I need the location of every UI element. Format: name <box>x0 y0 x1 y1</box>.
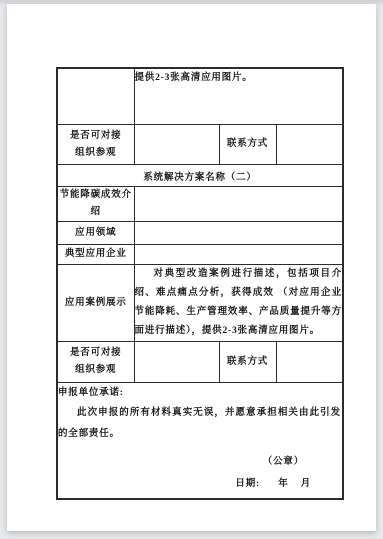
empty-label-cell <box>57 68 134 125</box>
contact-label: 联系方式 <box>219 342 276 383</box>
visit-label: 是否可对接 组织参观 <box>57 125 134 165</box>
visit-label-line1: 是否可对接 <box>58 345 134 362</box>
commitment-cell: 申报单位承诺: 此次申报的所有材料真实无误，并愿意承担相关由此引发的全部责任。 … <box>57 383 343 500</box>
visit-value-cell[interactable] <box>134 125 219 165</box>
contact-label: 联系方式 <box>219 125 276 165</box>
date-label: 日期: <box>235 479 260 489</box>
case-row: 应用案例展示 对典型改造案例进行描述，包括项目介绍、难点痛点分析，获得成效 （对… <box>57 265 343 342</box>
section-title-row: 系统解决方案名称（二） <box>57 165 343 187</box>
energy-saving-value-cell[interactable] <box>134 187 343 222</box>
case-description: 对典型改造案例进行描述，包括项目介绍、难点痛点分析，获得成效 （对应用企业节能降… <box>134 265 343 342</box>
visit-row-top: 是否可对接 组织参观 联系方式 <box>57 125 343 165</box>
visit-label-line2: 组织参观 <box>58 145 134 162</box>
visit-label: 是否可对接 组织参观 <box>57 342 134 383</box>
row-label-energy-saving: 节能降碳成效介绍 <box>57 187 134 222</box>
contact-value-cell[interactable] <box>276 125 343 165</box>
commitment-title: 申报单位承诺: <box>58 383 342 403</box>
visit-value-cell[interactable] <box>134 342 219 383</box>
typical-enterprise-value-cell[interactable] <box>134 245 343 265</box>
application-field-value-cell[interactable] <box>134 222 343 245</box>
table-row: 典型应用企业 <box>57 245 343 265</box>
seal-note: （公章） <box>58 455 342 469</box>
commitment-row: 申报单位承诺: 此次申报的所有材料真实无误，并愿意承担相关由此引发的全部责任。 … <box>57 383 343 500</box>
section-title: 系统解决方案名称（二） <box>57 165 343 187</box>
case-images-note: 提供2-3张高清应用图片。 <box>134 68 343 125</box>
table-row: 应用领域 <box>57 222 343 245</box>
date-year-label: 年 <box>278 479 288 489</box>
date-line: 日期: 年 月 <box>58 477 342 491</box>
case-label: 应用案例展示 <box>57 265 134 342</box>
row-label-application-field: 应用领域 <box>57 222 134 245</box>
visit-label-line1: 是否可对接 <box>58 128 134 145</box>
visit-label-line2: 组织参观 <box>58 362 134 379</box>
commitment-body: 此次申报的所有材料真实无误，并愿意承担相关由此引发的全部责任。 <box>58 403 341 444</box>
contact-value-cell[interactable] <box>276 342 343 383</box>
application-form-table: 提供2-3张高清应用图片。 是否可对接 组织参观 联系方式 系统解决方案名称（二… <box>56 67 344 500</box>
visit-row-bottom: 是否可对接 组织参观 联系方式 <box>57 342 343 383</box>
date-month-label: 月 <box>301 479 311 489</box>
document-page: 提供2-3张高清应用图片。 是否可对接 组织参观 联系方式 系统解决方案名称（二… <box>7 4 376 531</box>
table-row: 节能降碳成效介绍 <box>57 187 343 222</box>
continuation-row: 提供2-3张高清应用图片。 <box>57 68 343 125</box>
row-label-typical-enterprise: 典型应用企业 <box>57 245 134 265</box>
